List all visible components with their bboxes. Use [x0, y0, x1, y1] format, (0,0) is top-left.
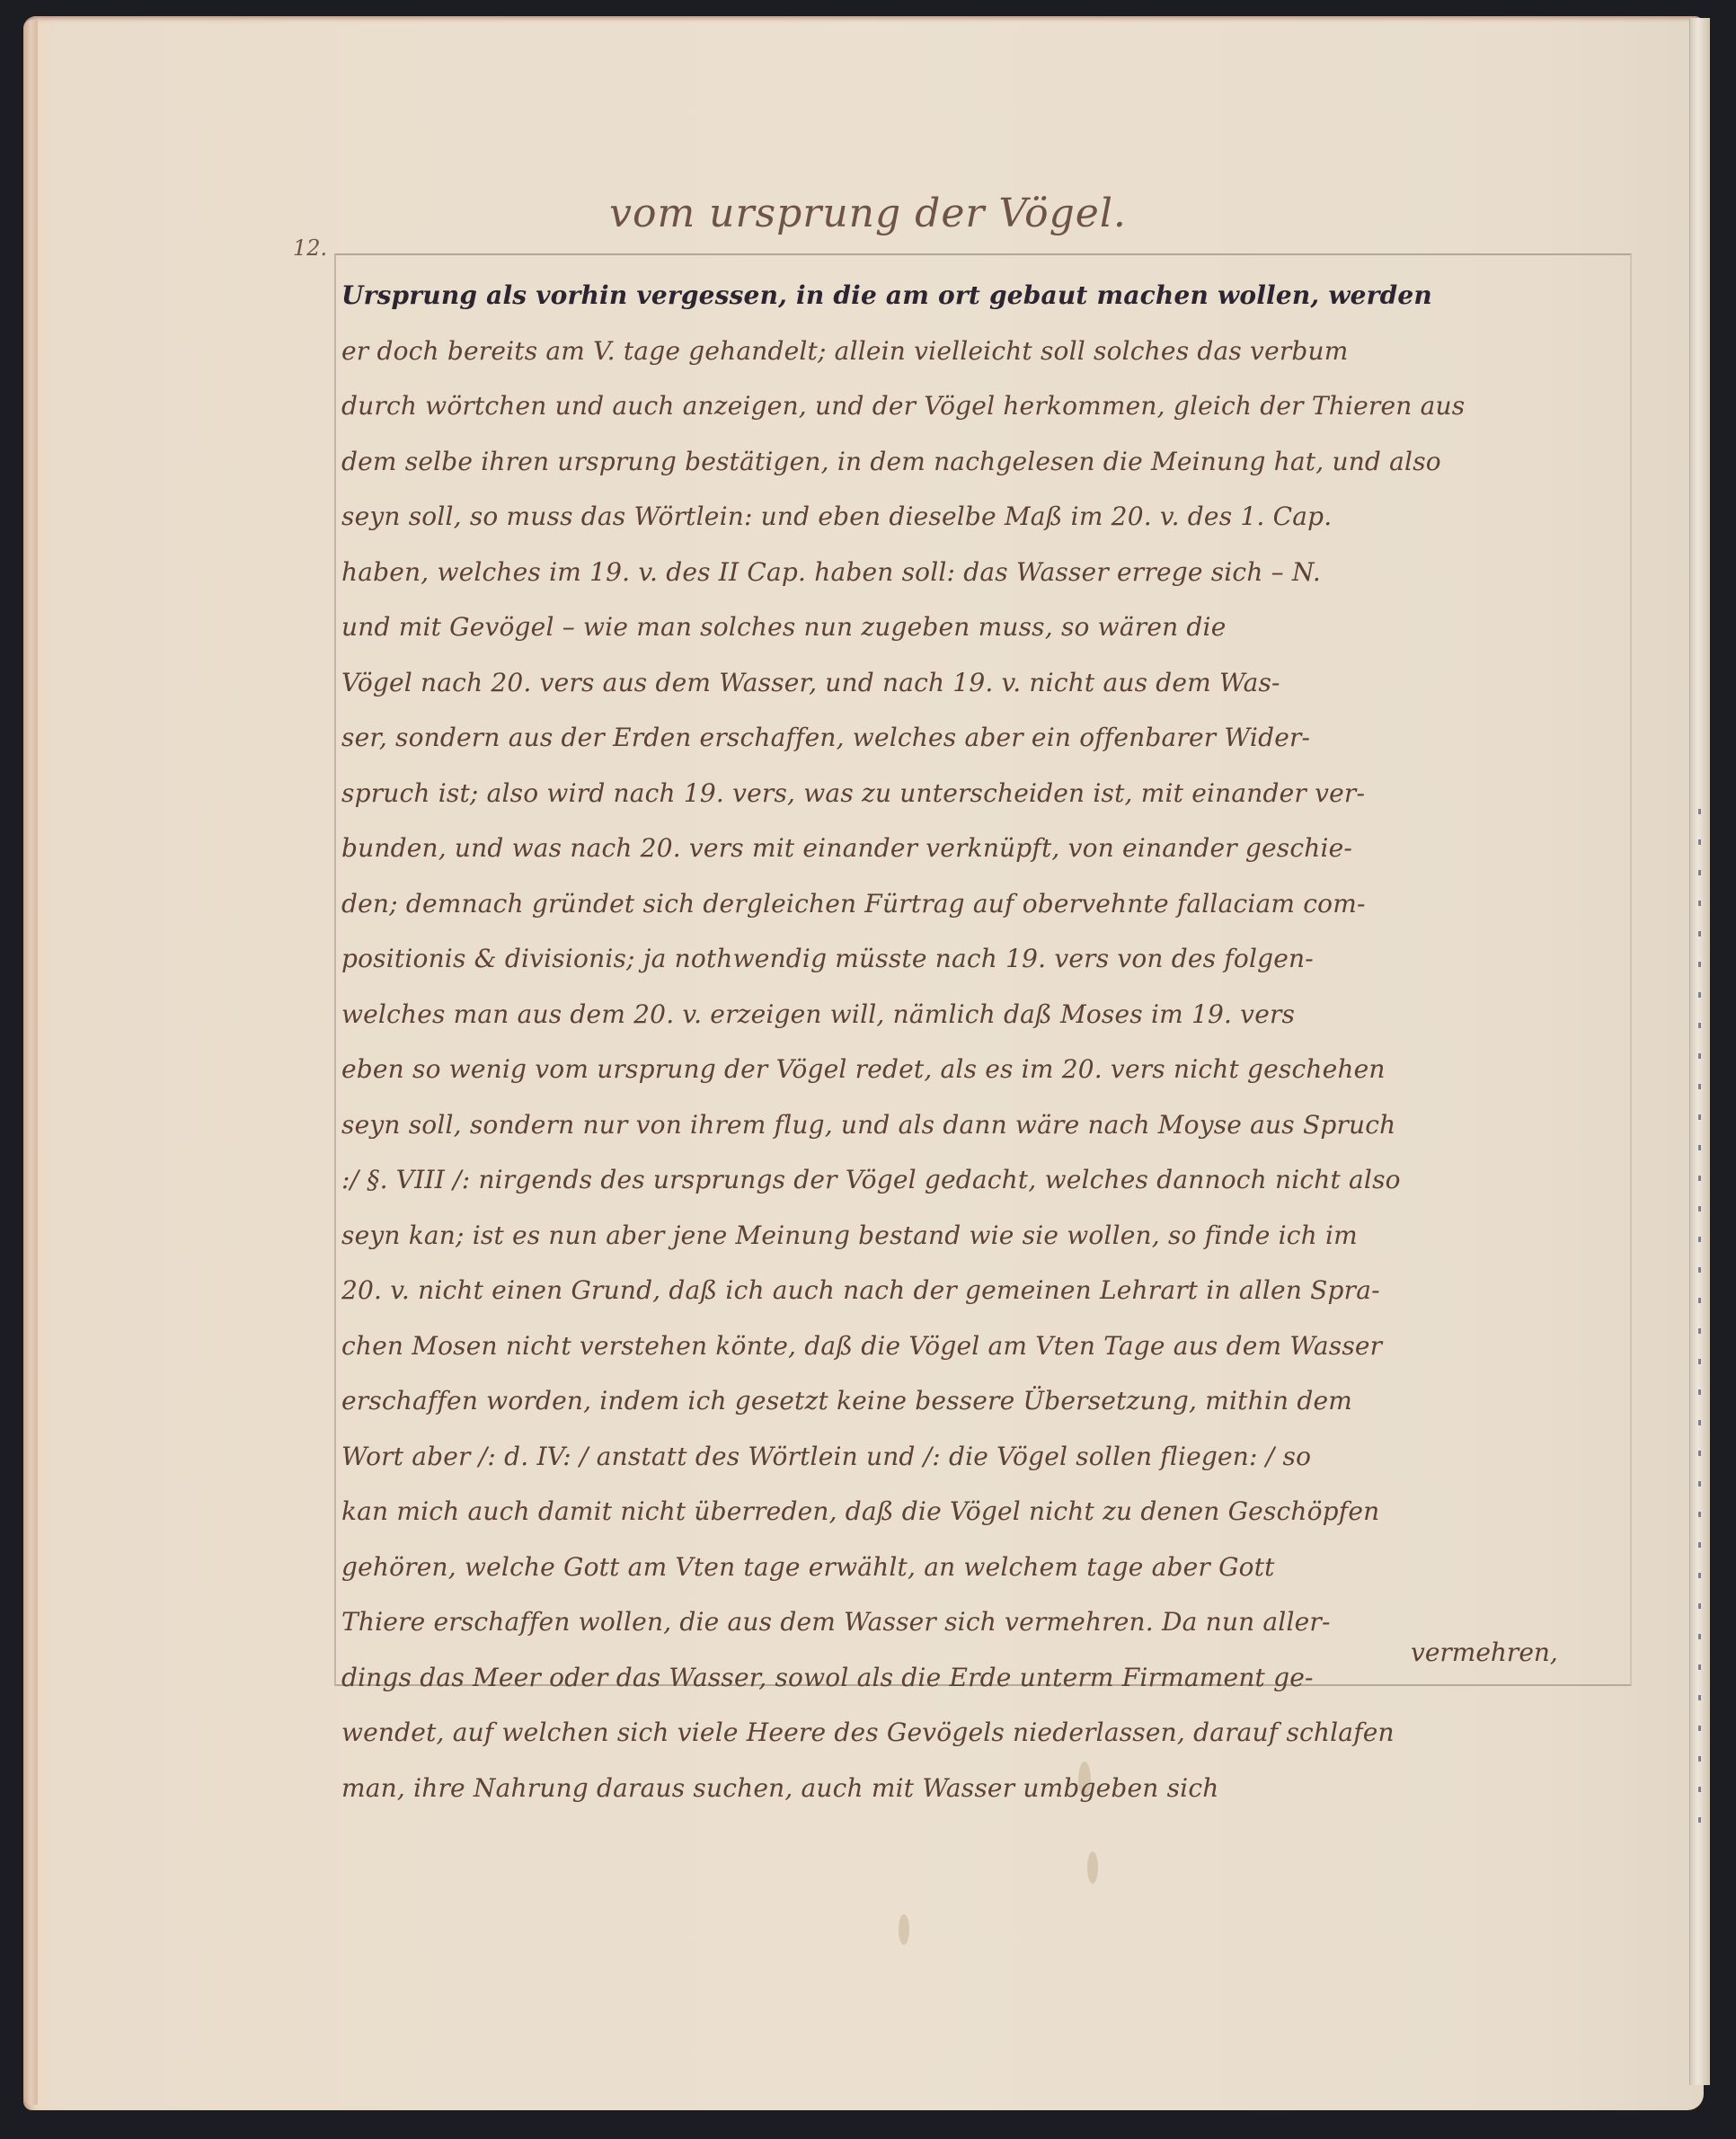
text-line: dem selbe ihren ursprung bestätigen, in …	[341, 434, 1626, 490]
text-line: seyn soll, sondern nur von ihrem flug, u…	[341, 1097, 1626, 1153]
text-line: bunden, und was nach 20. vers mit einand…	[341, 821, 1626, 876]
text-line: gehören, welche Gott am Vten tage erwähl…	[341, 1540, 1626, 1595]
manuscript-text-block: Ursprung als vorhin vergessen, in die am…	[341, 268, 1626, 1815]
text-line: welches man aus dem 20. v. erzeigen will…	[341, 987, 1626, 1043]
paper-stain	[899, 1914, 909, 1945]
text-line: kan mich auch damit nicht überreden, daß…	[341, 1484, 1626, 1540]
text-line: seyn soll, so muss das Wörtlein: und ebe…	[341, 489, 1626, 545]
closing-word: vermehren,	[1411, 1638, 1558, 1667]
text-line: Vögel nach 20. vers aus dem Wasser, und …	[341, 655, 1626, 711]
text-line: durch wörtchen und auch anzeigen, und de…	[341, 378, 1626, 434]
text-line: und mit Gevögel – wie man solches nun zu…	[341, 599, 1626, 655]
text-line: eben so wenig vom ursprung der Vögel red…	[341, 1042, 1626, 1097]
page-edge-left	[23, 20, 38, 2105]
text-line: spruch ist; also wird nach 19. vers, was…	[341, 766, 1626, 821]
page-title: vom ursprung der Vögel.	[0, 191, 1736, 236]
text-line: :/ §. VIII /: nirgends des ursprungs der…	[341, 1152, 1626, 1208]
text-line: er doch bereits am V. tage gehandelt; al…	[341, 324, 1626, 379]
text-line: haben, welches im 19. v. des II Cap. hab…	[341, 545, 1626, 600]
text-line: Wort aber /: d. IV: / anstatt des Wörtle…	[341, 1429, 1626, 1485]
text-line: positionis & divisionis; ja nothwendig m…	[341, 931, 1626, 987]
binding-stitches	[1698, 809, 1701, 1842]
text-line: wendet, auf welchen sich viele Heere des…	[341, 1705, 1626, 1761]
text-line: man, ihre Nahrung daraus suchen, auch mi…	[341, 1761, 1626, 1816]
text-line: chen Mosen nicht verstehen könte, daß di…	[341, 1318, 1626, 1374]
text-line: Ursprung als vorhin vergessen, in die am…	[341, 268, 1626, 324]
text-line: ser, sondern aus der Erden erschaffen, w…	[341, 710, 1626, 766]
text-line: 20. v. nicht einen Grund, daß ich auch n…	[341, 1263, 1626, 1318]
text-line: seyn kan; ist es nun aber jene Meinung b…	[341, 1208, 1626, 1264]
paper-stain	[1087, 1851, 1098, 1884]
text-line: erschaffen worden, indem ich gesetzt kei…	[341, 1373, 1626, 1429]
page-number: 12.	[293, 235, 327, 261]
text-line: den; demnach gründet sich dergleichen Fü…	[341, 876, 1626, 932]
